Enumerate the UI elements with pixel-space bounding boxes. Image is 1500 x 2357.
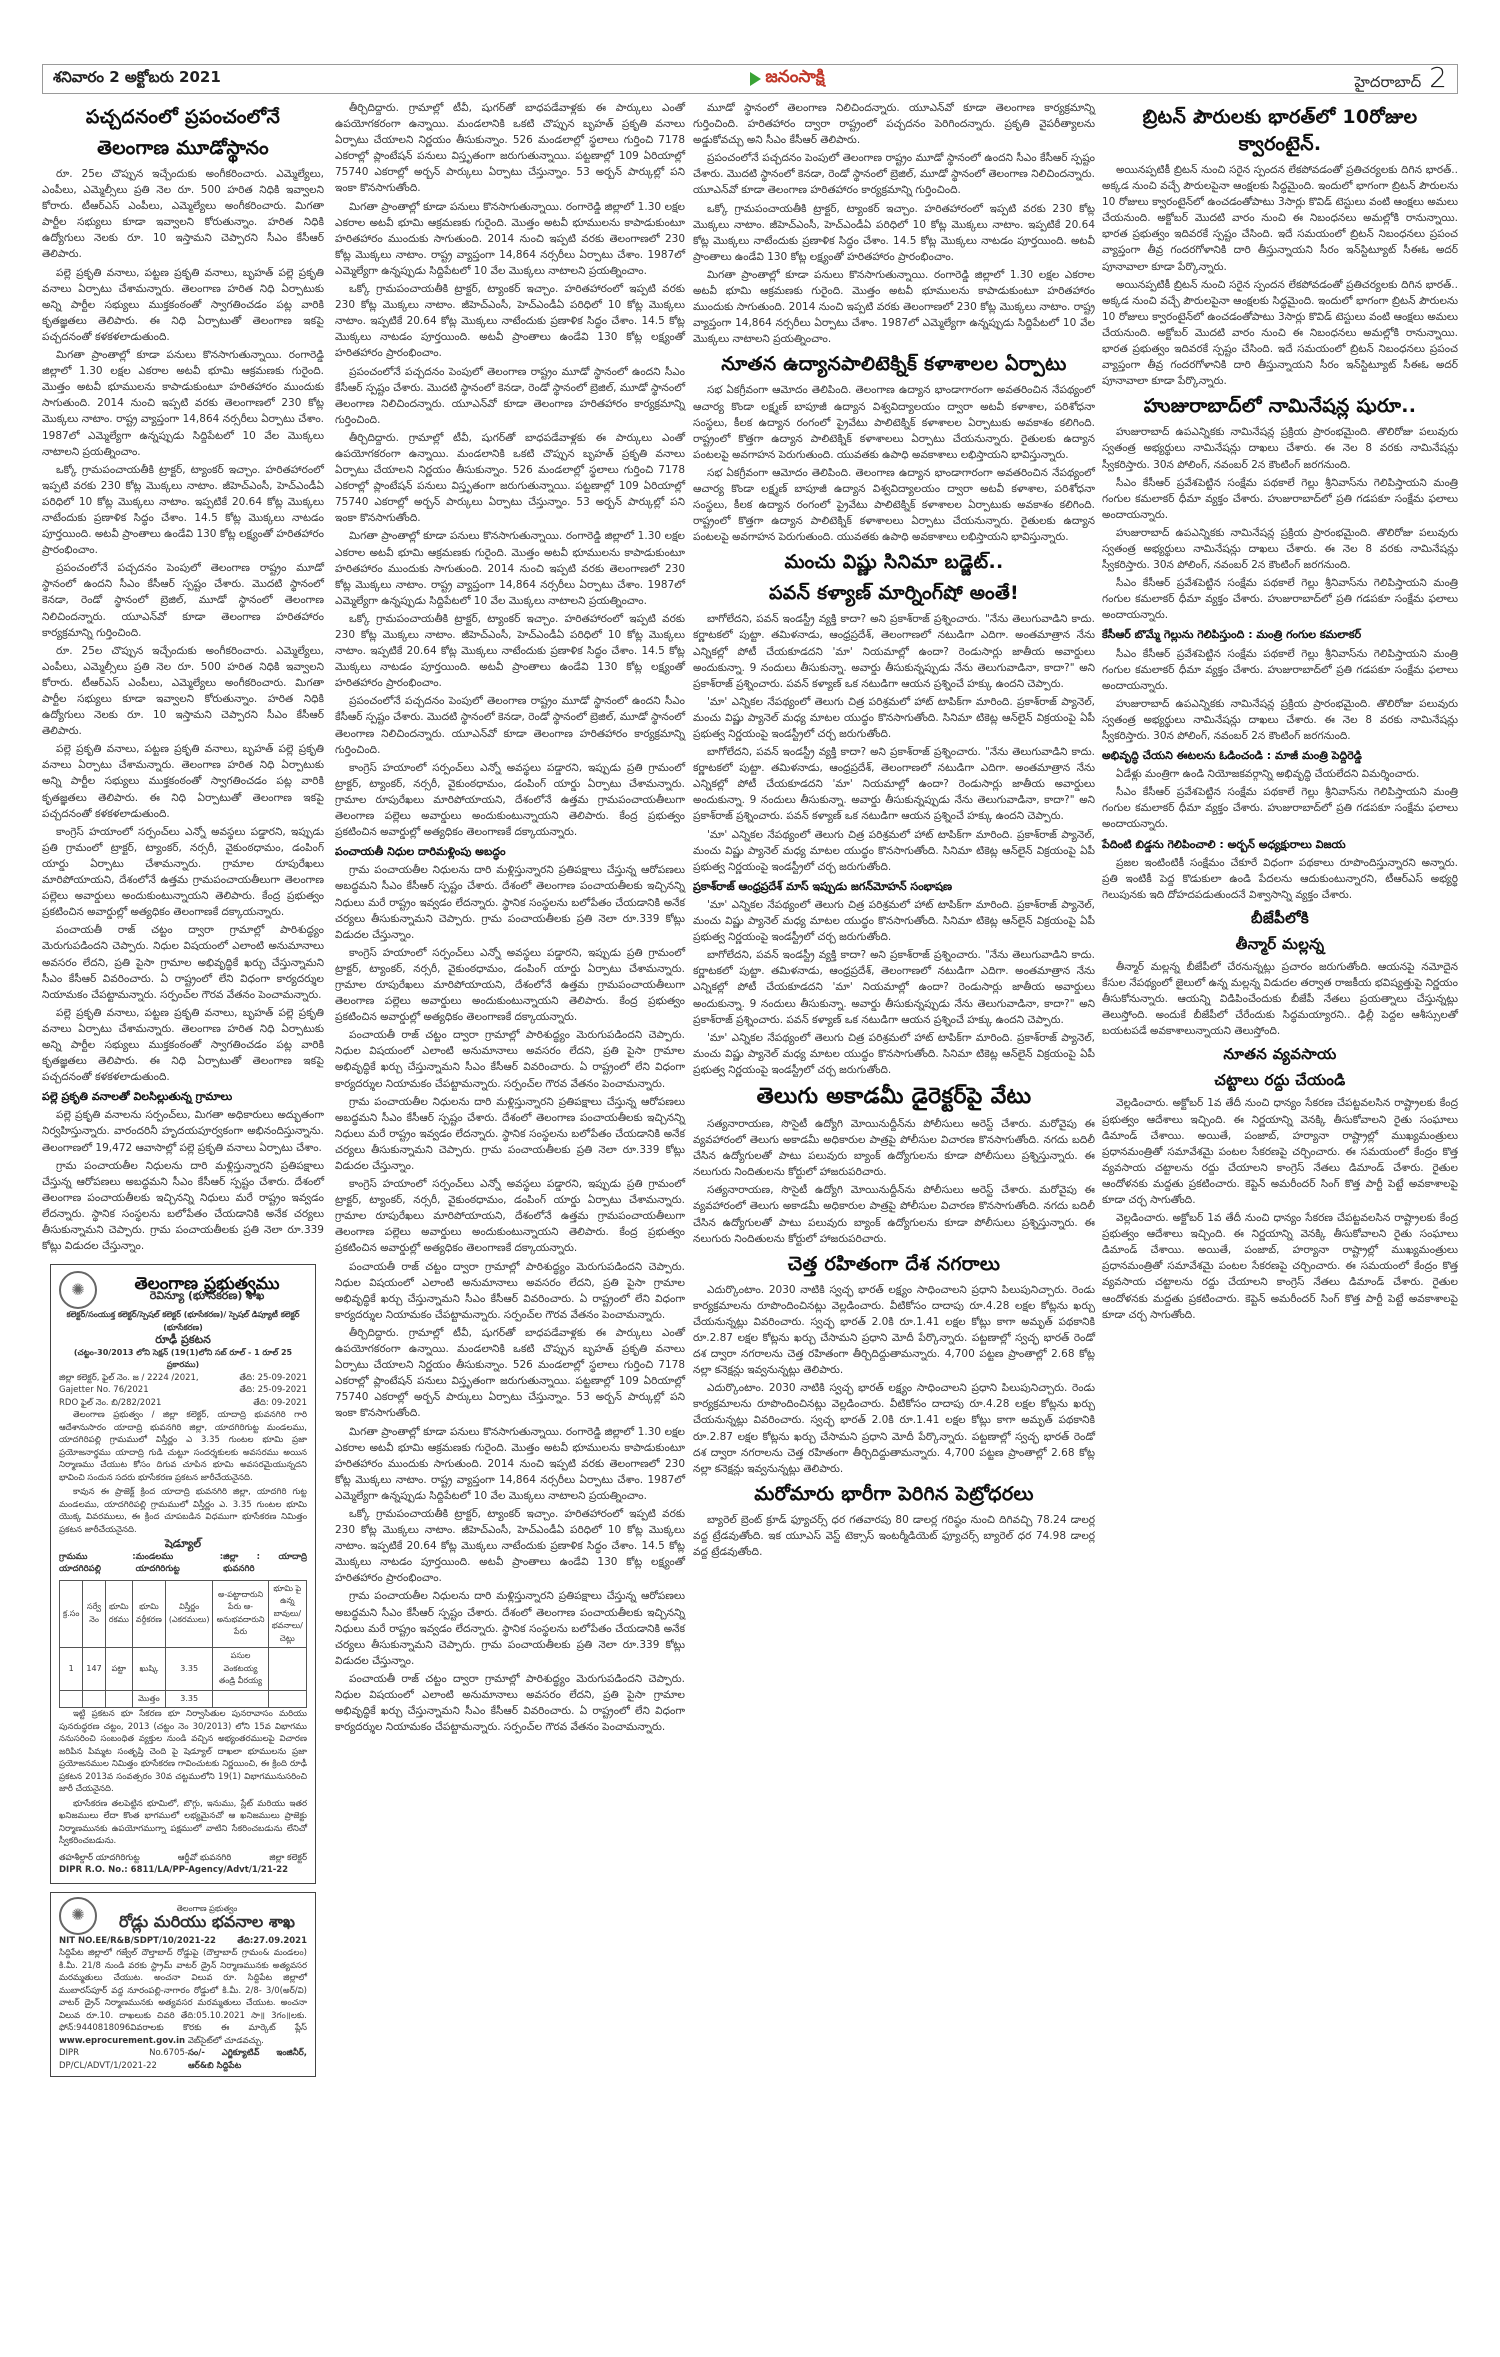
page-number: 2: [1429, 64, 1447, 92]
ad-officers: కలెక్టర్/సంయుక్త కలెక్టర్/స్పెషల్ కలెక్ట…: [59, 1309, 307, 1334]
ad-paragraph: సిద్దిపేట జిల్లాలో గజ్వేల్ దౌల్తాబాద్ రో…: [59, 1947, 307, 2047]
article-text: ఏడేళ్లు మంత్రిగా ఉండి నియోజకవర్గాన్ని అభ…: [1102, 766, 1458, 782]
article-text: రూ. 25ల చొప్పున ఇచ్చేందుకు అంగీకరించారు.…: [42, 166, 324, 263]
ad-act-reference: (చట్టం-30/2013 లోని సెక్షన్ (19(1)లోని స…: [59, 1347, 307, 1372]
article-text: సత్యనారాయణ, సొసైటీ ఉద్యోగి మోయినుద్దీన్‌…: [693, 1116, 1095, 1180]
article-text: పంచాయతీ రాజ్ చట్టం ద్వారా గ్రామాల్లో పార…: [335, 1027, 685, 1091]
article-text: గ్రామ పంచాయతీల నిధులను దారి మళ్లిస్తున్న…: [335, 862, 685, 942]
subheading-gangula: కేసీఆర్ బొమ్మే గెల్లును గెలిపిస్తుంది : …: [1102, 627, 1458, 643]
table-cell: 3.35: [165, 1648, 213, 1691]
article-text: సీఎం కేసీఆర్ ప్రవేశపెట్టిన సంక్షేమ పథకాల…: [1102, 475, 1458, 523]
subheading-village-parks: పల్లె ప్రకృతి వనాలతో విలసిల్లుతున్న గ్రా…: [42, 1089, 324, 1105]
table-header: క్ర.సం: [60, 1580, 83, 1648]
article-text: ఒక్కో గ్రామపంచాయతీకి ట్రాక్టర్, ట్యాంకర్…: [693, 201, 1095, 265]
edition-name: హైదరాబాద్: [1354, 73, 1421, 95]
eprocurement-link[interactable]: www.eprocurement.gov.in: [59, 2036, 185, 2046]
article-text: సత్యనారాయణ, సొసైటీ ఉద్యోగి మోయినుద్దీన్‌…: [693, 1182, 1095, 1246]
column-4: బ్రిటన్ పౌరులకు భారత్‌లో 10రోజుల క్వారంట…: [1102, 100, 1458, 1325]
ad-paragraph: ఇట్టి ప్రకటన భూ సేకరణ భూ నిర్వాసితుల పున…: [59, 1708, 307, 1796]
article-text: తీర్చిదిద్దారు. గ్రామాల్లో టీవీ, షుగర్‌త…: [335, 1325, 685, 1422]
article-text: అయినప్పటికీ బ్రిటన్ నుంచి సరైన స్పందన లే…: [1102, 277, 1458, 390]
column-3: మూడో స్థానంలో తెలంగాణ నిలిచిందన్నారు. యూ…: [693, 100, 1095, 1562]
subheading-peddireddy: అభివృద్ధి చేయని ఈటలను ఓడించండి : మాజీ మం…: [1102, 748, 1458, 764]
article-text: ప్రపంచంలోనే పచ్చదనం పెంపులో తెలంగాణ రాష్…: [693, 150, 1095, 198]
column-1: పచ్చదనంలో ప్రపంచంలోనే తెలంగాణ మూడోస్థానం…: [42, 100, 324, 2077]
article-text: సీఎం కేసీఆర్ ప్రవేశపెట్టిన సంక్షేమ పథకాల…: [1102, 646, 1458, 694]
mandal-name: మండలము : యాదగిరిగుట్ట: [136, 1551, 223, 1576]
newspaper-logo: జనంసాక్షి: [750, 67, 824, 91]
article-text: 'మా' ఎన్నికల నేపథ్యంలో తెలుగు చిత్ర పరిశ…: [693, 897, 1095, 945]
article-text: పల్లె ప్రకృతి వనాలను సర్పంచ్‌లు, మిగతా అ…: [42, 1107, 324, 1155]
table-header-row: క్ర.సం సర్వే నెం భూమి రకము భూమి వర్గీకరణ…: [60, 1580, 307, 1648]
article-text: కాంగ్రెస్ హయాంలో సర్పంచ్‌లు ఎన్నో అవస్థల…: [42, 824, 324, 921]
table-total-row: మొత్తం 3.35: [60, 1690, 307, 1708]
headline-manchu-vishnu: మంచు విష్ణు సినిమా బడ్జెట్..: [693, 549, 1095, 576]
table-cell: ఖుష్కి: [132, 1648, 165, 1691]
headline-greenery-line1: పచ్చదనంలో ప్రపంచంలోనే: [42, 104, 324, 131]
signatory: జిల్లా కలెక్టర్: [269, 1852, 307, 1865]
headline-farm-laws-line1: నూతన వ్యవసాయ: [1102, 1043, 1458, 1065]
article-text: గ్రామ పంచాయతీల నిధులను దారి మళ్లిస్తున్న…: [42, 1158, 324, 1255]
table-header: భూమి రకము: [105, 1580, 132, 1648]
ad-paragraph: భూసేకరణ తలపెట్టిన భూమిలో, బొగ్గు, ఇనుము,…: [59, 1798, 307, 1848]
article-text: సీఎం కేసీఆర్ ప్రవేశపెట్టిన సంక్షేమ పథకాల…: [1102, 575, 1458, 623]
ad-notice-type: రూఢీ ప్రకటన: [59, 1334, 307, 1347]
article-text: మిగతా ప్రాంతాల్లో కూడా పనులు కొనసాగుతున్…: [693, 267, 1095, 347]
table-header: విస్తీర్ణం (ఎకరములు): [165, 1580, 213, 1648]
article-text: పల్లె ప్రకృతి వనాలు, పట్టణ ప్రకృతి వనాలు…: [42, 265, 324, 345]
article-text: 'మా' ఎన్నికల నేపథ్యంలో తెలుగు చిత్ర పరిశ…: [693, 1030, 1095, 1078]
article-text: రూ. 25ల చొప్పున ఇచ్చేందుకు అంగీకరించారు.…: [42, 643, 324, 740]
article-text: బాగోలేదని, పవన్ ఇండస్ట్రీ వ్యక్తి కాదా? …: [693, 611, 1095, 691]
article-text: ఒక్కో గ్రామపంచాయతీకి ట్రాక్టర్, ట్యాంకర్…: [335, 281, 685, 361]
schedule-table: క్ర.సం సర్వే నెం భూమి రకము భూమి వర్గీకరణ…: [59, 1580, 307, 1709]
land-acquisition-notice-ad: ✺ తెలంగాణ ప్రభుత్వము రెవిన్యూ (భూసేకరణ) …: [50, 1264, 316, 1884]
article-text: 'మా' ఎన్నికల నేపథ్యంలో తెలుగు చిత్ర పరిశ…: [693, 694, 1095, 742]
village-name: గ్రామము : యాదగిరిపల్లి: [59, 1551, 136, 1576]
article-text: కాంగ్రెస్ హయాంలో సర్పంచ్‌లు ఎన్నో అవస్థల…: [335, 1176, 685, 1256]
article-text: తీర్చిదిద్దారు. గ్రామాల్లో టీవీ, షుగర్‌త…: [335, 100, 685, 197]
article-text: సీఎం కేసీఆర్ ప్రవేశపెట్టిన సంక్షేమ పథకాల…: [1102, 784, 1458, 832]
total-label: మొత్తం: [132, 1690, 165, 1708]
logo-triangle-icon: [750, 72, 761, 86]
subheading-panchayat-funds: పంచాయతీ నిధుల దారిమళ్లింపు అబద్ధం: [335, 844, 685, 860]
headline-greenery-line2: తెలంగాణ మూడోస్థానం: [42, 135, 324, 162]
file-number: జిల్లా కలెక్టర్, ఫైల్ నెం. జ / 2224 /202…: [59, 1372, 199, 1385]
rdo-date: తేది: 09-2021: [253, 1397, 307, 1410]
article-text: ప్రపంచంలోనే పచ్చదనం పెంపులో తెలంగాణ రాష్…: [42, 560, 324, 640]
article-text: మిగతా ప్రాంతాల్లో కూడా పనులు కొనసాగుతున్…: [335, 1424, 685, 1504]
article-text: వెల్లడించారు. అక్టోబర్ 1వ తేదీ నుంచి ధాన…: [1102, 1210, 1458, 1323]
article-text: ప్రపంచంలోనే పచ్చదనం పెంపులో తెలంగాణ రాష్…: [335, 364, 685, 428]
table-row: 1 147 పట్టా ఖుష్కి 3.35 పసుల వెంకటయ్య తం…: [60, 1648, 307, 1691]
article-text: వెల్లడించారు. అక్టోబర్ 1వ తేదీ నుంచి ధాన…: [1102, 1095, 1458, 1208]
table-header: భూమి వర్గీకరణ: [132, 1580, 165, 1648]
government-seal-icon: ✺: [59, 1271, 97, 1309]
newspaper-name: జనంసాక్షి: [765, 67, 824, 91]
article-text: హుజురాబాద్ ఉపఎన్నికకు నామినేషన్ల ప్రక్రి…: [1102, 525, 1458, 573]
article-text: ఒక్కో గ్రామపంచాయతీకి ట్రాక్టర్, ట్యాంకర్…: [42, 462, 324, 559]
table-header: సర్వే నెం: [83, 1580, 105, 1648]
article-text: కాంగ్రెస్ హయాంలో సర్పంచ్‌లు ఎన్నో అవస్థల…: [335, 760, 685, 840]
article-text: హుజురాబాద్ ఉపఎన్నికకు నామినేషన్ల ప్రక్రి…: [1102, 424, 1458, 472]
table-cell: పట్టా: [105, 1648, 132, 1691]
headline-bjp-line1: బీజేపీలోకి: [1102, 907, 1458, 929]
headline-pawan-kalyan: పవన్ కళ్యాణ్ మార్నింగ్‌షో అంతే!: [693, 580, 1095, 607]
article-text: బాగోలేదని, పవన్ ఇండస్ట్రీ వ్యక్తి కాదా? …: [693, 744, 1095, 824]
article-text: ప్రపంచంలోనే పచ్చదనం పెంపులో తెలంగాణ రాష్…: [335, 693, 685, 757]
article-text: ఒక్కో గ్రామపంచాయతీకి ట్రాక్టర్, ట్యాంకర్…: [335, 611, 685, 691]
file-date: తేది: 25-09-2021: [239, 1372, 307, 1385]
headline-petrol-prices: మరోమారు భారీగా పెరిగిన పెట్రోధరలు: [693, 1481, 1095, 1508]
headline-farm-laws-line2: చట్టాలు రద్దు చేయండి: [1102, 1069, 1458, 1091]
article-text: మూడో స్థానంలో తెలంగాణ నిలిచిందన్నారు. యూ…: [693, 100, 1095, 148]
article-text: హుజురాబాద్ ఉపఎన్నికకు నామినేషన్ల ప్రక్రి…: [1102, 696, 1458, 744]
nit-date: తేది:27.09.2021: [237, 1935, 307, 1948]
schedule-title: షెడ్యూల్: [59, 1538, 307, 1551]
article-text: ఎదుర్కొంటాం. 2030 నాటికి స్వచ్ఛ భారత్ లక…: [693, 1380, 1095, 1477]
nit-number: NIT NO.EE/R&B/SDPT/10/2021-22: [59, 1935, 216, 1948]
article-text: ప్రజల ఇంటింటికీ సంక్షేమం చేకూరే విధంగా ప…: [1102, 855, 1458, 903]
signatory: తహశీల్దార్ యాదగిరిగుట్ట: [59, 1852, 140, 1865]
article-text: గ్రామ పంచాయతీల నిధులను దారి మళ్లిస్తున్న…: [335, 1094, 685, 1174]
table-cell: 1: [60, 1648, 83, 1691]
article-text: పంచాయతీ రాజ్ చట్టం ద్వారా గ్రామాల్లో పార…: [42, 922, 324, 1002]
dipr-number: DIPR R.O. No.: 6811/LA/PP-Agency/Advt/1/…: [59, 1864, 307, 1877]
dipr-number: DIPR No.6705-DP/CL/ADVT/1/2021-22: [59, 2047, 188, 2072]
signature: సం/- ఎగ్జిక్యూటివ్ ఇంజినీర్, ఆర్&బి సిద్…: [188, 2047, 307, 2072]
table-cell: 147: [83, 1648, 105, 1691]
article-text: ఎదుర్కొంటాం. 2030 నాటికి స్వచ్ఛ భారత్ లక…: [693, 1282, 1095, 1379]
headline-horticulture-polytechnic: నూతన ఉద్యానపాలిటెక్నిక్ కళాశాలల ఏర్పాటు: [693, 351, 1095, 378]
table-header: అ-పట్టాదారుని పేరు ఆ-అనుభవదారుని పేరు: [213, 1580, 268, 1648]
ad-paragraph: కావున ఈ ప్రాజెక్ట్ క్రింద యాదాద్రి భువనగ…: [59, 1486, 307, 1536]
subheading-prakash-raj: ప్రకాశ్‌రాజ్ ఆంధ్రప్రదేశ్ మాస్ ఇప్పుడు జ…: [693, 879, 1095, 895]
subheading-vijaya: పేదింటి బిడ్డను గెలిపించాలి : అర్బన్ అధ్…: [1102, 837, 1458, 853]
district-name: జిల్లా : యాదాద్రి భువనగిరి: [223, 1551, 307, 1576]
article-text: బ్యారెల్ బ్రెంట్ క్రూడ్ ఫ్యూచర్స్ ధర గతవ…: [693, 1512, 1095, 1560]
headline-britain-quarantine: బ్రిటన్ పౌరులకు భారత్‌లో 10రోజుల క్వారంట…: [1102, 104, 1458, 158]
article-text: గ్రామ పంచాయతీల నిధులను దారి మళ్లిస్తున్న…: [335, 1588, 685, 1668]
table-cell: పసుల వెంకటయ్య తండ్రి వీరయ్య: [213, 1648, 268, 1691]
headline-garbage-free-cities: చెత్త రహితంగా దేశ నగరాలు: [693, 1251, 1095, 1278]
article-text: కాంగ్రెస్ హయాంలో సర్పంచ్‌లు ఎన్నో అవస్థల…: [335, 945, 685, 1025]
article-text: తీన్మార్ మల్లన్న బీజేపీలో చేరనున్నట్లు ప…: [1102, 959, 1458, 1039]
edition-info: హైదరాబాద్ 2: [1354, 64, 1447, 95]
article-text: అయినప్పటికీ బ్రిటన్ నుంచి సరైన స్పందన లే…: [1102, 162, 1458, 275]
table-header: భూమి పై ఉన్న బావులు/ భవనాలు/ చెట్లు: [268, 1580, 306, 1648]
article-text: పంచాయతీ రాజ్ చట్టం ద్వారా గ్రామాల్లో పార…: [335, 1671, 685, 1735]
signatory: ఆర్డీవో భువనగిరి: [178, 1852, 232, 1865]
article-text: మిగతా ప్రాంతాల్లో కూడా పనులు కొనసాగుతున్…: [335, 199, 685, 279]
column-2: తీర్చిదిద్దారు. గ్రామాల్లో టీవీ, షుగర్‌త…: [335, 100, 685, 1737]
article-text: సభ ఏకగ్రీవంగా ఆమోదం తెలిపింది. తెలంగాణ ఉ…: [693, 382, 1095, 462]
article-text: పంచాయతీ రాజ్ చట్టం ద్వారా గ్రామాల్లో పార…: [335, 1259, 685, 1323]
ad-department: రోడ్లు మరియు భవనాల శాఖ: [107, 1916, 307, 1929]
article-text: పల్లె ప్రకృతి వనాలు, పట్టణ ప్రకృతి వనాలు…: [42, 1005, 324, 1085]
ad-paragraph: తెలంగాణ ప్రభుత్వం / జిల్లా కలెక్టర్, యాద…: [59, 1409, 307, 1484]
article-text: మిగతా ప్రాంతాల్లో కూడా పనులు కొనసాగుతున్…: [42, 347, 324, 460]
article-text: 'మా' ఎన్నికల నేపథ్యంలో తెలుగు చిత్ర పరిశ…: [693, 827, 1095, 875]
headline-telugu-academy: తెలుగు అకాడమీ డైరెక్టర్‌పై వేటు: [693, 1082, 1095, 1112]
article-text: మిగతా ప్రాంతాల్లో కూడా పనులు కొనసాగుతున్…: [335, 528, 685, 608]
article-text: ఒక్కో గ్రామపంచాయతీకి ట్రాక్టర్, ట్యాంకర్…: [335, 1506, 685, 1586]
article-text: బాగోలేదని, పవన్ ఇండస్ట్రీ వ్యక్తి కాదా? …: [693, 947, 1095, 1027]
article-text: సభ ఏకగ్రీవంగా ఆమోదం తెలిపింది. తెలంగాణ ఉ…: [693, 465, 1095, 545]
page-header: శనివారం 2 అక్టోబరు 2021 జనంసాక్షి హైదరాబ…: [42, 64, 1458, 94]
roads-buildings-tender-ad: ✺ తెలంగాణ ప్రభుత్వం రోడ్లు మరియు భవనాల శ…: [50, 1892, 316, 2078]
gazette-number: Gajetter No. 76/2021: [59, 1384, 149, 1397]
article-text: పల్లె ప్రకృతి వనాలు, పట్టణ ప్రకృతి వనాలు…: [42, 741, 324, 821]
headline-teenmar-mallanna: తీన్మార్ మల్లన్న: [1102, 933, 1458, 955]
article-text: తీర్చిదిద్దారు. గ్రామాల్లో టీవీ, షుగర్‌త…: [335, 430, 685, 527]
gazette-date: తేది: 25-09-2021: [239, 1384, 307, 1397]
headline-huzurabad-nominations: హుజురాబాద్‌లో నామినేషన్ల షురూ..: [1102, 393, 1458, 420]
issue-date: శనివారం 2 అక్టోబరు 2021: [53, 68, 221, 90]
government-seal-icon: ✺: [59, 1897, 97, 1935]
rdo-file-number: RDO ఫైల్ నెం. బి/282/2021: [59, 1397, 161, 1410]
table-cell: [268, 1648, 306, 1691]
total-value: 3.35: [165, 1690, 213, 1708]
